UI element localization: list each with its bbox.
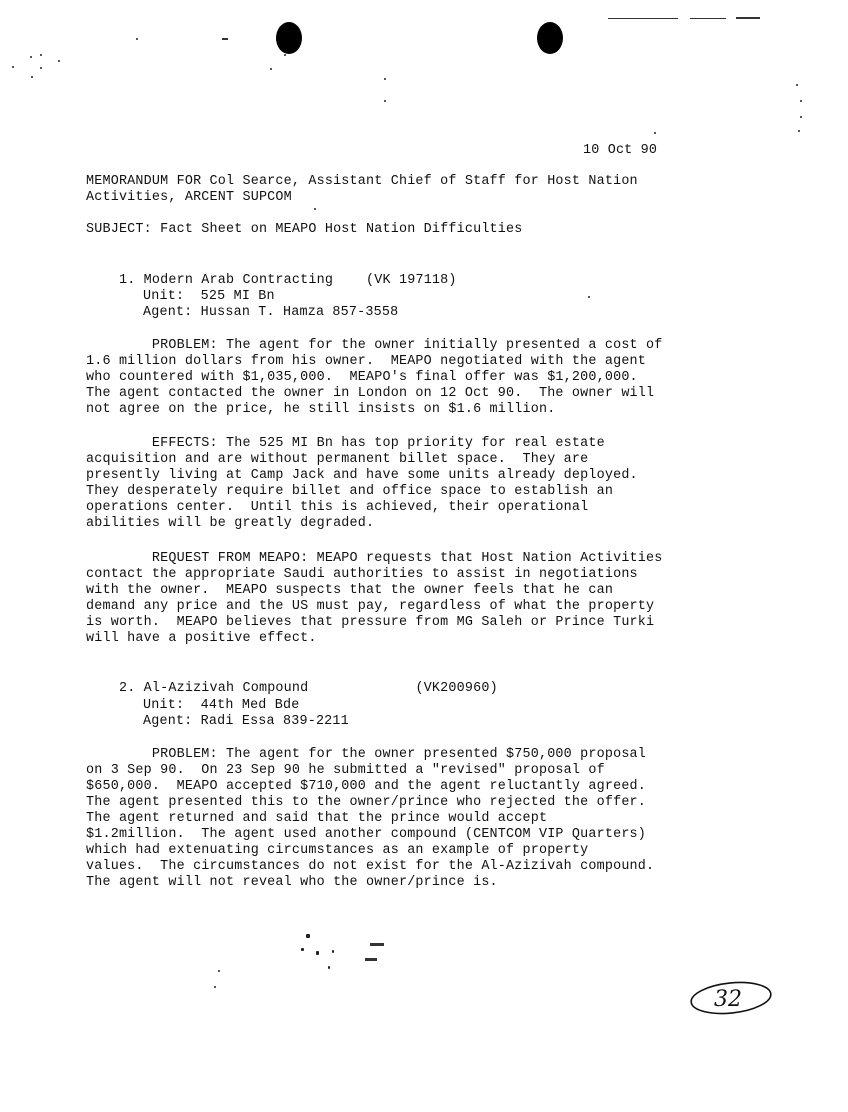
scan-speck <box>270 68 272 70</box>
scan-mark <box>690 18 726 19</box>
paragraph-line: contact the appropriate Saudi authoritie… <box>86 567 638 583</box>
page-number-text: 32 <box>714 987 742 1012</box>
scan-speck <box>384 78 386 80</box>
scan-speck <box>58 60 60 62</box>
scan-speck <box>796 84 798 86</box>
paragraph-line: EFFECTS: The 525 MI Bn has top priority … <box>86 436 605 452</box>
punch-hole-left <box>276 22 302 54</box>
scan-speck <box>40 54 42 56</box>
section-2-title: 2. Al-Azizivah Compound <box>119 681 308 696</box>
paragraph-line: PROBLEM: The agent for the owner present… <box>86 747 646 763</box>
scan-speck <box>30 56 32 58</box>
scan-speck <box>314 208 316 210</box>
section-2-agent: Agent: Radi Essa 839-2211 <box>143 714 349 730</box>
scan-speck <box>654 132 656 134</box>
paragraph-line: values. The circumstances do not exist f… <box>86 859 654 875</box>
scan-mark <box>222 38 228 40</box>
paragraph-line: operations center. Until this is achieve… <box>86 500 588 516</box>
paragraph-line: who countered with $1,035,000. MEAPO's f… <box>86 370 638 386</box>
scan-speck <box>136 38 138 40</box>
scan-speck <box>316 951 319 955</box>
scan-speck <box>328 966 330 969</box>
paragraph-line: The agent will not reveal who the owner/… <box>86 875 498 891</box>
section-1-unit: Unit: 525 MI Bn <box>143 289 275 305</box>
paragraph-line: acquisition and are without permanent bi… <box>86 452 588 468</box>
handwritten-page-number: 32 <box>688 978 774 1018</box>
memo-subject: SUBJECT: Fact Sheet on MEAPO Host Nation… <box>86 222 523 238</box>
scan-speck <box>800 100 802 102</box>
paragraph-line: $1.2million. The agent used another comp… <box>86 827 646 843</box>
scan-speck <box>798 130 800 132</box>
scan-mark <box>365 958 377 961</box>
scan-speck <box>306 934 310 938</box>
paragraph-line: The agent returned and said that the pri… <box>86 811 547 827</box>
paragraph-line: 1.6 million dollars from his owner. MEAP… <box>86 354 646 370</box>
scan-mark <box>608 18 678 19</box>
section-2-grid: (VK200960) <box>415 681 497 696</box>
scan-speck <box>284 54 286 56</box>
section-1-agent: Agent: Hussan T. Hamza 857-3558 <box>143 305 398 321</box>
paragraph-line: abilities will be greatly degraded. <box>86 516 374 532</box>
scan-speck <box>384 100 386 102</box>
memo-addressee-line-2: Activities, ARCENT SUPCOM <box>86 190 292 206</box>
paragraph-line: presently living at Camp Jack and have s… <box>86 468 638 484</box>
scan-mark <box>370 943 384 946</box>
paragraph-line: which had extenuating circumstances as a… <box>86 843 588 859</box>
document-page: 10 Oct 90 MEMORANDUM FOR Col Searce, Ass… <box>0 0 848 1112</box>
scan-speck <box>12 66 14 68</box>
scan-speck <box>40 67 42 69</box>
punch-hole-right <box>537 22 563 54</box>
paragraph-line: PROBLEM: The agent for the owner initial… <box>86 338 663 354</box>
paragraph-line: with the owner. MEAPO suspects that the … <box>86 583 613 599</box>
memo-addressee-line-1: MEMORANDUM FOR Col Searce, Assistant Chi… <box>86 174 638 190</box>
paragraph-line: The agent presented this to the owner/pr… <box>86 795 646 811</box>
paragraph-line: demand any price and the US must pay, re… <box>86 599 654 615</box>
paragraph-line: $650,000. MEAPO accepted $710,000 and th… <box>86 779 646 795</box>
paragraph-line: They desperately require billet and offi… <box>86 484 613 500</box>
section-1-grid: (VK 197118) <box>366 273 457 288</box>
scan-speck <box>588 296 590 298</box>
paragraph-line: The agent contacted the owner in London … <box>86 386 654 402</box>
paragraph-line: on 3 Sep 90. On 23 Sep 90 he submitted a… <box>86 763 605 779</box>
paragraph-line: is worth. MEAPO believes that pressure f… <box>86 615 654 631</box>
scan-mark <box>736 17 760 19</box>
section-2-unit: Unit: 44th Med Bde <box>143 698 299 714</box>
circled-number-icon: 32 <box>688 978 774 1018</box>
scan-speck <box>332 950 334 953</box>
paragraph-line: will have a positive effect. <box>86 631 317 647</box>
scan-speck <box>218 970 220 972</box>
scan-speck <box>301 948 304 951</box>
scan-speck <box>214 986 216 988</box>
section-1-title: 1. Modern Arab Contracting <box>119 273 333 288</box>
scan-speck <box>800 116 802 118</box>
scan-speck <box>31 76 33 78</box>
paragraph-line: not agree on the price, he still insists… <box>86 402 555 418</box>
paragraph-line: REQUEST FROM MEAPO: MEAPO requests that … <box>86 551 663 567</box>
document-date: 10 Oct 90 <box>583 143 657 159</box>
